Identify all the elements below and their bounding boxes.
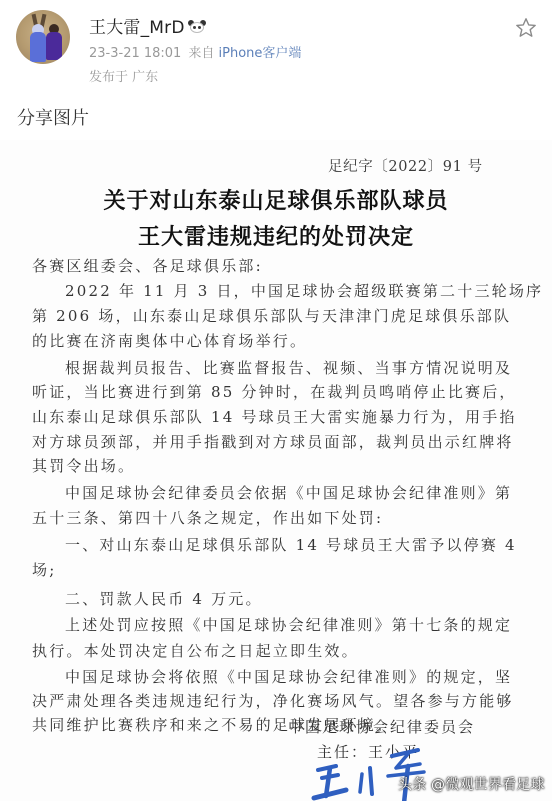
- shared-document-image[interactable]: 足纪字〔2022〕91 号 关于对山东泰山足球俱乐部队球员 王大雷违规违纪的处罚…: [0, 140, 552, 801]
- document-body-line: 中国足球协会纪律委员会依据《中国足球协会纪律准则》第: [65, 483, 512, 503]
- document-body-line: 其罚令出场。: [32, 456, 135, 476]
- document-body-line: 五十三条、第四十八条之规定，作出如下处罚:: [32, 508, 383, 528]
- source-prefix: 来自: [188, 46, 214, 61]
- user-avatar[interactable]: [16, 10, 70, 64]
- watermark: 头条 @微观世界看足球: [398, 774, 545, 794]
- document-body-line: 各赛区组委会、各足球俱乐部:: [32, 256, 263, 276]
- document-body-line: 上述处罚应按照《中国足球协会纪律准则》第十七条的规定: [65, 615, 512, 635]
- document-body-line: 一、对山东泰山足球俱乐部队 14 号球员王大雷予以停赛 4: [65, 535, 517, 555]
- author-name-row[interactable]: 王大雷_MrD: [89, 13, 206, 38]
- document-body-line: 山东泰山足球俱乐部队 14 号球员王大雷实施暴力行为，用手掐: [32, 407, 517, 427]
- post-header: 王大雷_MrD 23-3-21 18:01来自 iPhone客户端 发布于 广东: [0, 0, 552, 95]
- document-body-line: 根据裁判员报告、比赛监督报告、视频、当事方情况说明及: [65, 358, 512, 378]
- avatar-detail: [30, 32, 46, 62]
- signatory-organization: 中国足球协会纪律委员会: [288, 716, 475, 737]
- author-name[interactable]: 王大雷_MrD: [89, 18, 185, 38]
- avatar-detail: [46, 32, 62, 60]
- document-number: 足纪字〔2022〕91 号: [328, 155, 483, 176]
- document-body-line: 的比赛在济南奥体中心体育场举行。: [32, 331, 307, 351]
- document-title-line-2: 王大雷违规违纪的处罚决定: [0, 220, 552, 251]
- document-body-line: 听证，当比赛进行到第 85 分钟时，在裁判员鸣哨停止比赛后，: [32, 382, 517, 402]
- panda-emoji-icon: [188, 20, 206, 34]
- document-body-line: 执行。本处罚决定自公布之日起立即生效。: [32, 641, 359, 661]
- document-body-line: 对方球员颈部，并用手指戳到对方球员面部，裁判员出示红牌将: [32, 432, 514, 452]
- star-outline-icon[interactable]: [514, 16, 538, 40]
- document-body-line: 中国足球协会将依照《中国足球协会纪律准则》的规定，坚: [65, 667, 512, 687]
- document-body-line: 2022 年 11 月 3 日，中国足球协会超级联赛第二十三轮场序: [65, 281, 543, 301]
- post-source-link[interactable]: iPhone客户端: [219, 46, 302, 61]
- document-title-line-1: 关于对山东泰山足球俱乐部队球员: [0, 184, 552, 215]
- post-text: 分享图片: [17, 104, 89, 130]
- document-body-line: 场;: [32, 560, 56, 580]
- document-body-line: 决严肃处理各类违规违纪行为，净化赛场风气。望各参与方能够: [32, 691, 514, 711]
- post-meta: 23-3-21 18:01来自 iPhone客户端: [89, 42, 301, 61]
- document-body-line: 二、罚款人民币 4 万元。: [65, 589, 263, 609]
- post-location: 发布于 广东: [89, 66, 158, 85]
- document-body-line: 第 206 场，山东泰山足球俱乐部队与天津津门虎足球俱乐部队: [32, 306, 511, 326]
- post-timestamp: 23-3-21 18:01: [89, 46, 181, 61]
